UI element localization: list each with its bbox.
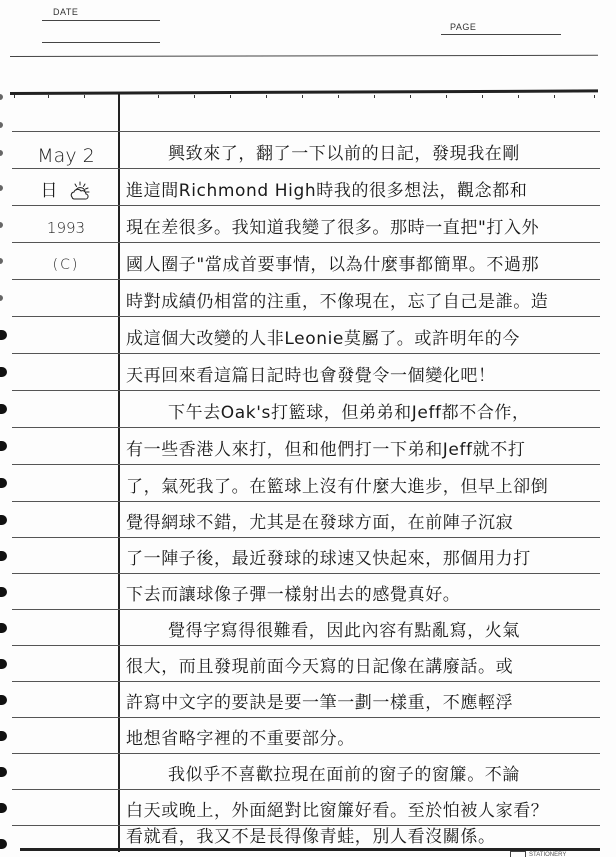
entry-line: 進這間Richmond High時我的很多想法，觀念都和	[126, 176, 596, 206]
entry-line: 現在差很多。我知道我變了很多。那時一直把"打入外	[126, 213, 596, 243]
punch-hole	[0, 122, 3, 128]
weekday-label: 日	[41, 176, 58, 206]
punch-hole	[0, 659, 7, 669]
punch-hole	[0, 367, 7, 377]
punch-hole	[0, 94, 3, 100]
punch-hole	[0, 623, 7, 633]
entry-line: 興致來了，翻了一下以前的日記，發現我在剛	[126, 139, 596, 169]
entry-line: 了一陣子後，最近發球的球速又快起來，那個用力打	[126, 544, 596, 574]
entry-note: (C)	[14, 250, 118, 280]
entry-line: 我似乎不喜歡拉現在面前的窗子的窗簾。不論	[126, 760, 596, 790]
punch-hole	[0, 404, 7, 414]
stationery-brand-mark: STATIONERY	[510, 851, 566, 857]
entry-line: 了，氣死我了。在籃球上沒有什麼大進步，但早上卻倒	[126, 472, 596, 502]
entry-line: 成這個大改變的人非Leonie莫屬了。或許明年的今	[126, 324, 596, 354]
margin-divider	[118, 92, 120, 852]
sun-behind-cloud-icon	[68, 181, 92, 201]
entry-line: 下去而讓球像子彈一樣射出去的感覺真好。	[126, 580, 596, 610]
notebook-page: DATE PAGE	[0, 0, 616, 857]
punch-hole	[0, 587, 7, 597]
punch-hole	[0, 258, 3, 264]
entry-line: 很大，而且發現前面今天寫的日記像在講廢話。或	[126, 652, 596, 682]
date-field-line-2	[42, 42, 160, 43]
punch-hole	[0, 150, 3, 156]
punch-hole	[0, 767, 7, 777]
punch-hole	[0, 330, 7, 340]
rule-line	[12, 131, 600, 132]
brand-logo-icon	[510, 851, 526, 857]
punch-hole	[0, 803, 7, 813]
entry-line: 許寫中文字的要訣是要一筆一劃一樣重，不應輕浮	[126, 688, 596, 718]
page-label: PAGE	[450, 22, 476, 32]
punch-hole	[0, 295, 3, 301]
entry-line: 時對成績仍相當的注重，不像現在，忘了自己是誰。造	[126, 287, 596, 317]
page-field-line	[441, 34, 561, 35]
entry-line: 有一些香港人來打，但和他們打一下弟和Jeff就不打	[126, 435, 596, 465]
punch-hole	[0, 695, 7, 705]
entry-year: 1993	[14, 213, 118, 243]
ruler-ticks	[10, 95, 598, 99]
punch-hole	[0, 551, 7, 561]
entry-line: 地想省略字裡的不重要部分。	[126, 724, 596, 754]
entry-line: 國人圈子"當成首要事情，以為什麼事都簡單。不過那	[126, 250, 596, 280]
entry-line: 天再回來看這篇日記時也會發覺令一個變化吧！	[126, 361, 596, 391]
date-label: DATE	[53, 7, 78, 17]
punch-hole	[0, 515, 7, 525]
entry-line: 看就看，我又不是長得像青蛙，別人看沒關係。	[126, 822, 596, 852]
entry-line: 下午去Oak's打籃球，但弟弟和Jeff都不合作，	[126, 398, 596, 428]
entry-line: 覺得字寫得很難看，因此內容有點亂寫，火氣	[126, 616, 596, 646]
entry-weekday-weather: 日	[14, 176, 118, 206]
punch-hole	[0, 478, 7, 488]
date-field-line	[42, 20, 160, 21]
punch-hole	[0, 731, 7, 741]
punch-hole	[0, 222, 3, 228]
header-divider	[10, 55, 598, 57]
entry-line: 覺得網球不錯，尤其是在發球方面，在前陣子沉寂	[126, 508, 596, 538]
brand-text: STATIONERY	[529, 852, 566, 857]
entry-date: May 2	[14, 141, 118, 171]
punch-hole	[0, 441, 7, 451]
punch-hole	[0, 839, 7, 849]
punch-hole	[0, 185, 3, 191]
